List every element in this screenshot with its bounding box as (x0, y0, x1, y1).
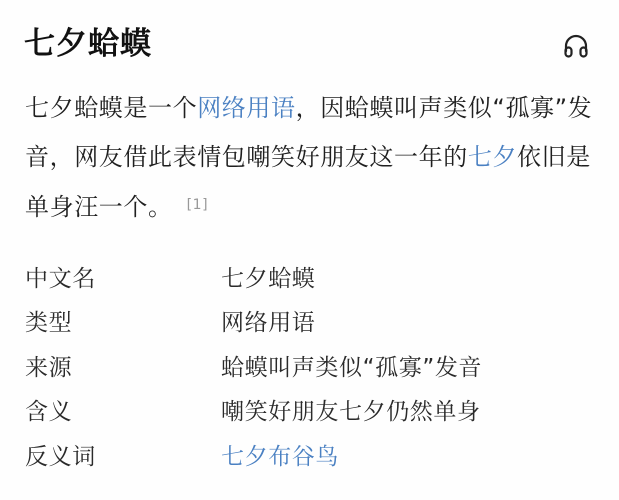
link-qixi[interactable]: 七夕 (468, 143, 517, 171)
basic-info-box: 中文名 七夕蛤蟆 类型 网络用语 来源 蛤蟆叫声类似“孤寡”发音 含义 嘲笑好朋… (25, 254, 595, 477)
info-row-type: 类型 网络用语 (25, 299, 595, 344)
info-row-origin: 来源 蛤蟆叫声类似“孤寡”发音 (25, 343, 595, 388)
summary-text: 七夕蛤蟆是一个 (25, 94, 197, 122)
info-row-antonym: 反义词 七夕布谷鸟 (25, 432, 595, 477)
info-label: 反义词 (25, 438, 221, 471)
info-label: 中文名 (25, 260, 221, 293)
entry-title: 七夕蛤蟆 (24, 24, 152, 64)
headphones-icon (561, 31, 591, 61)
info-row-chinese-name: 中文名 七夕蛤蟆 (25, 254, 595, 299)
info-label: 类型 (25, 304, 221, 337)
reference-citation[interactable]: [1] (187, 197, 209, 213)
info-value: 嘲笑好朋友七夕仍然单身 (221, 393, 481, 426)
audio-pronunciation-button[interactable] (561, 31, 591, 61)
info-label: 来源 (25, 349, 221, 382)
link-qixi-cuckoo[interactable]: 七夕布谷鸟 (221, 438, 339, 471)
info-label: 含义 (25, 393, 221, 426)
info-row-meaning: 含义 嘲笑好朋友七夕仍然单身 (25, 388, 595, 433)
entry-summary: 七夕蛤蟆是一个网络用语，因蛤蟆叫声类似“孤寡”发音，网友借此表情包嘲笑好朋友这一… (25, 84, 595, 232)
link-internet-slang[interactable]: 网络用语 (197, 94, 295, 122)
info-value: 七夕蛤蟆 (221, 260, 315, 293)
info-value: 蛤蟆叫声类似“孤寡”发音 (221, 349, 482, 382)
info-value: 网络用语 (221, 304, 315, 337)
